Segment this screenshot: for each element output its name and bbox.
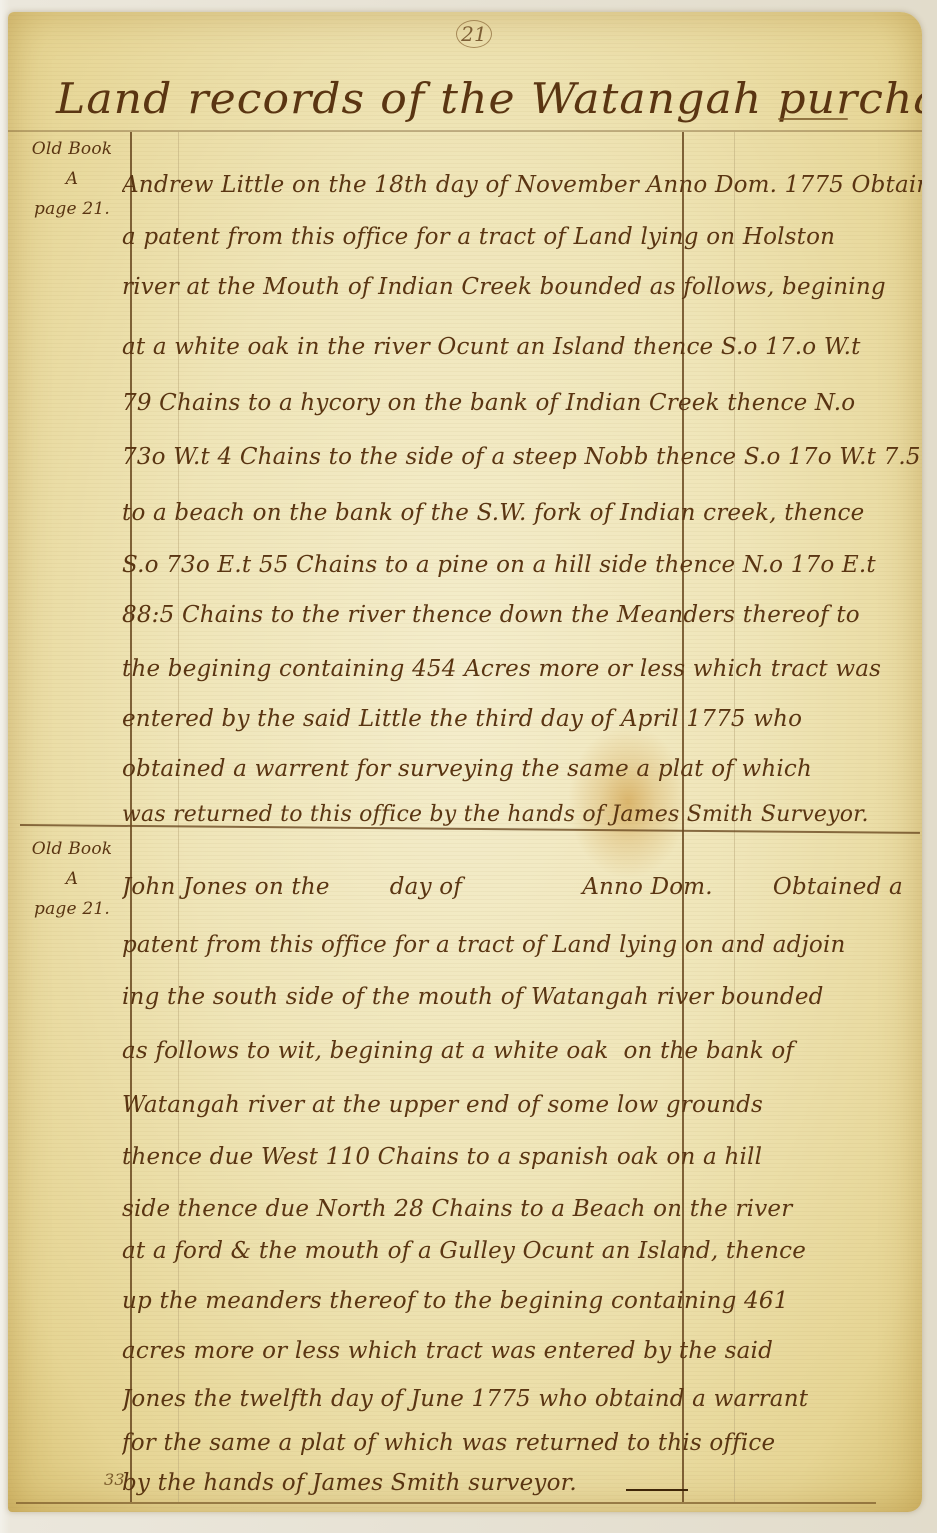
margin-note-page: page 21.	[22, 194, 122, 224]
entry-2-line: up the meanders thereof to the begining …	[122, 1288, 922, 1314]
entry-2-margin-note: Old Book A page 21.	[22, 834, 122, 924]
entry-1-line: the begining containing 454 Acres more o…	[122, 656, 922, 682]
page-title: Land records of the Watangah purchase	[56, 74, 922, 123]
entry-1-line: was returned to this office by the hands…	[122, 802, 922, 827]
entry-2-line: Watangah river at the upper end of some …	[122, 1092, 922, 1118]
entry-1-line: 73o W.t 4 Chains to the side of a steep …	[122, 444, 922, 470]
entry-1-line: Andrew Little on the 18th day of Novembe…	[122, 172, 922, 198]
entry-2-line: as follows to wit, begining at a white o…	[122, 1038, 922, 1064]
margin-note-volume: A	[22, 164, 122, 194]
entry-2-line: for the same a plat of which was returne…	[122, 1430, 922, 1456]
entry-1-line: river at the Mouth of Indian Creek bound…	[122, 274, 922, 300]
margin-note-volume: A	[22, 864, 122, 894]
bottom-rule	[16, 1502, 876, 1504]
entry-1-line: to a beach on the bank of the S.W. fork …	[122, 500, 922, 526]
margin-note-book: Old Book	[22, 834, 122, 864]
margin-note-page: page 21.	[22, 894, 122, 924]
entry-2-line: at a ford & the mouth of a Gulley Ocunt …	[122, 1238, 922, 1264]
header-rule	[8, 130, 922, 132]
entry-2-line: Jones the twelfth day of June 1775 who o…	[122, 1386, 922, 1412]
manuscript-page: 21 Land records of the Watangah purchase…	[8, 12, 922, 1512]
entry-2-line: side thence due North 28 Chains to a Bea…	[122, 1196, 922, 1222]
entry-2-line: thence due West 110 Chains to a spanish …	[122, 1144, 922, 1170]
entry-2-line: by the hands of James Smith surveyor.	[122, 1470, 922, 1496]
entry-2-line: patent from this office for a tract of L…	[122, 932, 922, 958]
entry-2-line: acres more or less which tract was enter…	[122, 1338, 922, 1364]
entry-1-line: 79 Chains to a hycory on the bank of Ind…	[122, 390, 922, 416]
entry-1-line: at a white oak in the river Ocunt an Isl…	[122, 334, 922, 360]
entry-1-line: 88:5 Chains to the river thence down the…	[122, 602, 922, 628]
entry-end-dash	[626, 1489, 688, 1491]
entry-1-line: entered by the said Little the third day…	[122, 706, 922, 732]
margin-note-book: Old Book	[22, 134, 122, 164]
entry-1-line: obtained a warrent for surveying the sam…	[122, 756, 922, 782]
entry-1-line: S.o 73o E.t 55 Chains to a pine on a hil…	[122, 552, 922, 578]
title-flourish	[778, 118, 848, 120]
entry-2-line: John Jones on the day of Anno Dom. Obtai…	[122, 874, 922, 900]
entry-1-line: a patent from this office for a tract of…	[122, 224, 922, 250]
page-number: 21	[456, 20, 492, 48]
entry-1-margin-note: Old Book A page 21.	[22, 134, 122, 224]
entry-2-line: ing the south side of the mouth of Watan…	[122, 984, 922, 1010]
footer-mark: 33	[104, 1470, 125, 1489]
